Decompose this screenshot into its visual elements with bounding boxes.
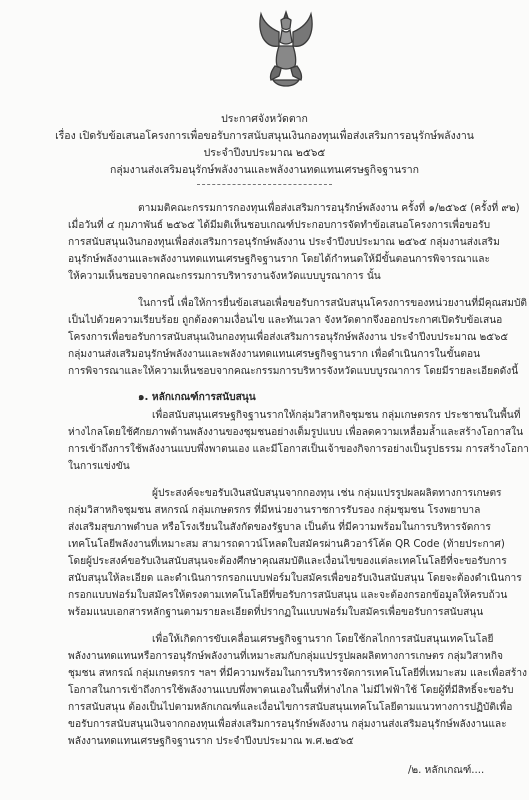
paragraph-line: เพื่อสนับสนุนเศรษฐกิจฐานรากให้กลุ่มวิสาห… [152,409,520,423]
group-line: กลุ่มงานส่งเสริมอนุรักษ์พลังงานและพลังงา… [0,163,529,178]
section-1-title: ๑. หลักเกณฑ์การสนับสนุน [138,391,256,405]
paragraph-line: เมื่อวันที่ ๔ กุมภาพันธ์ ๒๕๖๕ ได้มีมติเห… [68,219,490,233]
paragraph-line: การสนับสนุนเงินกองทุนเพื่อส่งเสริมการอนุ… [68,236,500,250]
paragraph-line: การเข้าถึงการใช้พลังงานแบบพึ่งพาตนเอง แล… [68,443,529,457]
paragraph-line: ตามมติคณะกรรมการกองทุนเพื่อส่งเสริมการอน… [138,202,520,216]
document-page: ประกาศจังหวัดตาก เรื่อง เปิดรับข้อเสนอโค… [0,0,529,800]
paragraph-line: การสนับสนุน ต้องเป็นไปตามหลักเกณฑ์และเงื… [68,701,512,715]
paragraph-line: โครงการเพื่อขอรับการสนับสนุนเงินกองทุนเพ… [68,331,508,345]
paragraph-line: โดยผู้ประสงค์ขอรับเงินสนับสนุนจะต้องศึกษ… [68,555,507,569]
paragraph-line: กลุ่มวิสาหกิจชุมชน สหกรณ์ กลุ่มเกษตรกร ท… [68,504,480,518]
paragraph-line: ในการนี้ เพื่อให้การยื่นข้อเสนอเพื่อขอรั… [138,297,527,311]
paragraph-line: พร้อมแนบเอกสารหลักฐานตามรายละเอียดที่ปรา… [68,606,483,620]
paragraph-line: ให้ความเห็นชอบจากคณะกรรมการบริหารงานจังห… [68,270,381,284]
subject-line: เรื่อง เปิดรับข้อเสนอโครงการเพื่อขอรับกา… [0,129,529,144]
heading-divider [197,184,332,185]
paragraph-line: เป็นไปด้วยความเรียบร้อย ถูกต้องตามเงื่อน… [68,314,502,328]
paragraph-line: เพื่อให้เกิดการขับเคลื่อนเศรษฐกิจฐานราก … [152,633,493,647]
paragraph-line: พลังงานทดแทนเศรษฐกิจฐานราก ประจำปีงบประม… [68,735,354,749]
paragraph-line: โอกาสในการเข้าถึงการใช้พลังงานแบบพึ่งพาต… [68,684,513,698]
paragraph-line: ในการแข่งขัน [68,460,130,474]
paragraph-line: ขอรับการสนับสนุนเงินจากกองทุนเพื่อส่งเสร… [68,718,507,732]
paragraph-line: พลังงานทดแทนหรือการอนุรักษ์พลังงานที่เหม… [68,650,503,664]
paragraph-line: ส่งเสริมสุขภาพตำบล หรือโรงเรียนในสังกัดข… [68,521,491,535]
paragraph-line: ชุมชน สหกรณ์ กลุ่มเกษตรกร ฯลฯ ที่มีความพ… [68,667,527,681]
fiscal-year-line: ประจำปีงบประมาณ ๒๕๖๕ [0,146,529,161]
paragraph-line: อนุรักษ์พลังงานและพลังงานทดแทนเศรษฐกิจฐา… [68,253,490,267]
continuation-marker: /๒. หลักเกณฑ์.... [408,764,484,778]
paragraph-line: การพิจารณาและให้ความเห็นชอบจากคณะกรรมการ… [68,365,518,379]
garuda-emblem-icon [255,8,317,90]
paragraph-line: กลุ่มงานส่งเสริมอนุรักษ์พลังงานและพลังงา… [68,348,480,362]
paragraph-line: เทคโนโลยีพลังงานที่เหมาะสม สามารถดาวน์โห… [68,538,505,552]
paragraph-line: ผู้ประสงค์จะขอรับเงินสนับสนุนจากกองทุน เ… [152,487,502,501]
paragraph-line: สนับสนุนให้ละเอียด และดำเนินการกรอกแบบฟอ… [68,572,522,586]
paragraph-line: ห่างไกลโดยใช้ศักยภาพด้านพลังงานของชุมชนอ… [68,426,523,440]
announcement-title: ประกาศจังหวัดตาก [0,112,529,127]
paragraph-line: กรอกแบบฟอร์มใบสมัครให้ตรงตามเทคโนโลยีที่… [68,589,507,603]
